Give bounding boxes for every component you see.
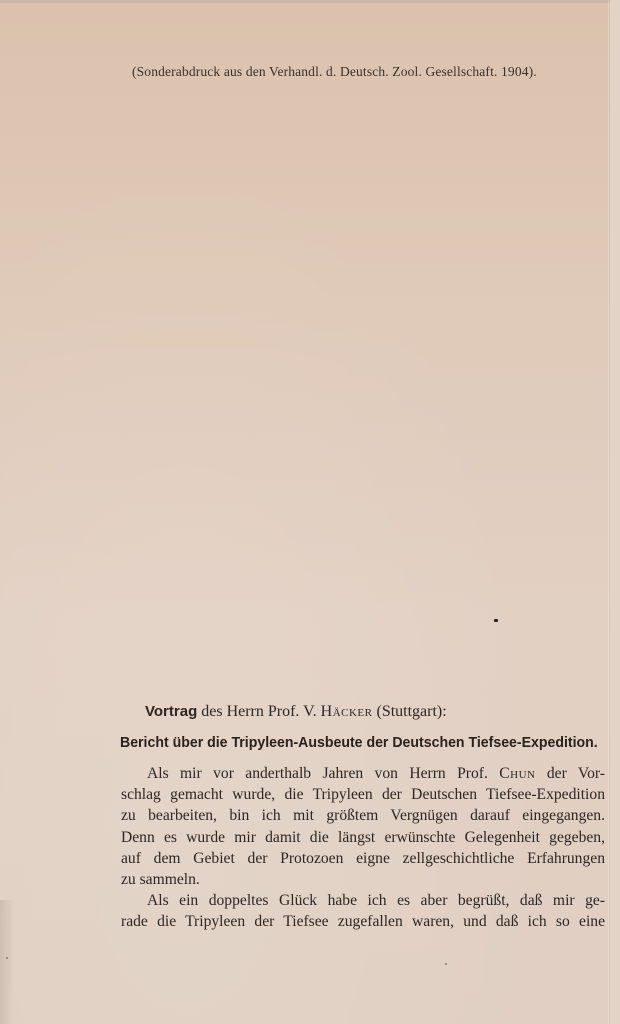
speaker-name: Häcker bbox=[321, 703, 373, 720]
text-line: Denn es wurde mir damit die längst erwün… bbox=[121, 827, 605, 848]
ink-speck bbox=[494, 619, 498, 622]
text-line: zu sammeln. bbox=[121, 869, 605, 890]
text-line: zu bearbeiten, bin ich mit größtem Vergn… bbox=[121, 805, 605, 826]
page-top-edge bbox=[0, 0, 620, 3]
text-line: Als mir vor anderthalb Jahren von Herrn … bbox=[121, 763, 605, 784]
ink-speck bbox=[445, 963, 447, 965]
text-line: rade die Tripyleen der Tiefsee zugefalle… bbox=[121, 911, 605, 932]
lecture-prefix: des Herrn Prof. V. bbox=[197, 703, 320, 720]
page-corner-shadow bbox=[0, 900, 14, 1024]
lecture-label: Vortrag bbox=[145, 703, 197, 720]
scanned-page: (Sonderabdruck aus den Verhandl. d. Deut… bbox=[0, 0, 620, 1024]
ink-speck bbox=[6, 957, 8, 959]
text-line: schlag gemacht wurde, die Tripyleen der … bbox=[121, 784, 605, 805]
reprint-note: (Sonderabdruck aus den Verhandl. d. Deut… bbox=[132, 64, 537, 80]
speaker-location: (Stuttgart): bbox=[372, 703, 446, 720]
cited-name: Chun bbox=[499, 765, 535, 782]
page-right-margin-strip bbox=[610, 0, 620, 1024]
text-line: Als ein doppeltes Glück habe ich es aber… bbox=[121, 890, 605, 911]
text-line: auf dem Gebiet der Protozoen eigne zellg… bbox=[121, 848, 605, 869]
article-title: Bericht über die Tripyleen-Ausbeute der … bbox=[120, 734, 598, 751]
lecture-line: Vortrag des Herrn Prof. V. Häcker (Stutt… bbox=[145, 703, 447, 721]
body-text: Als mir vor anderthalb Jahren von Herrn … bbox=[121, 763, 605, 933]
